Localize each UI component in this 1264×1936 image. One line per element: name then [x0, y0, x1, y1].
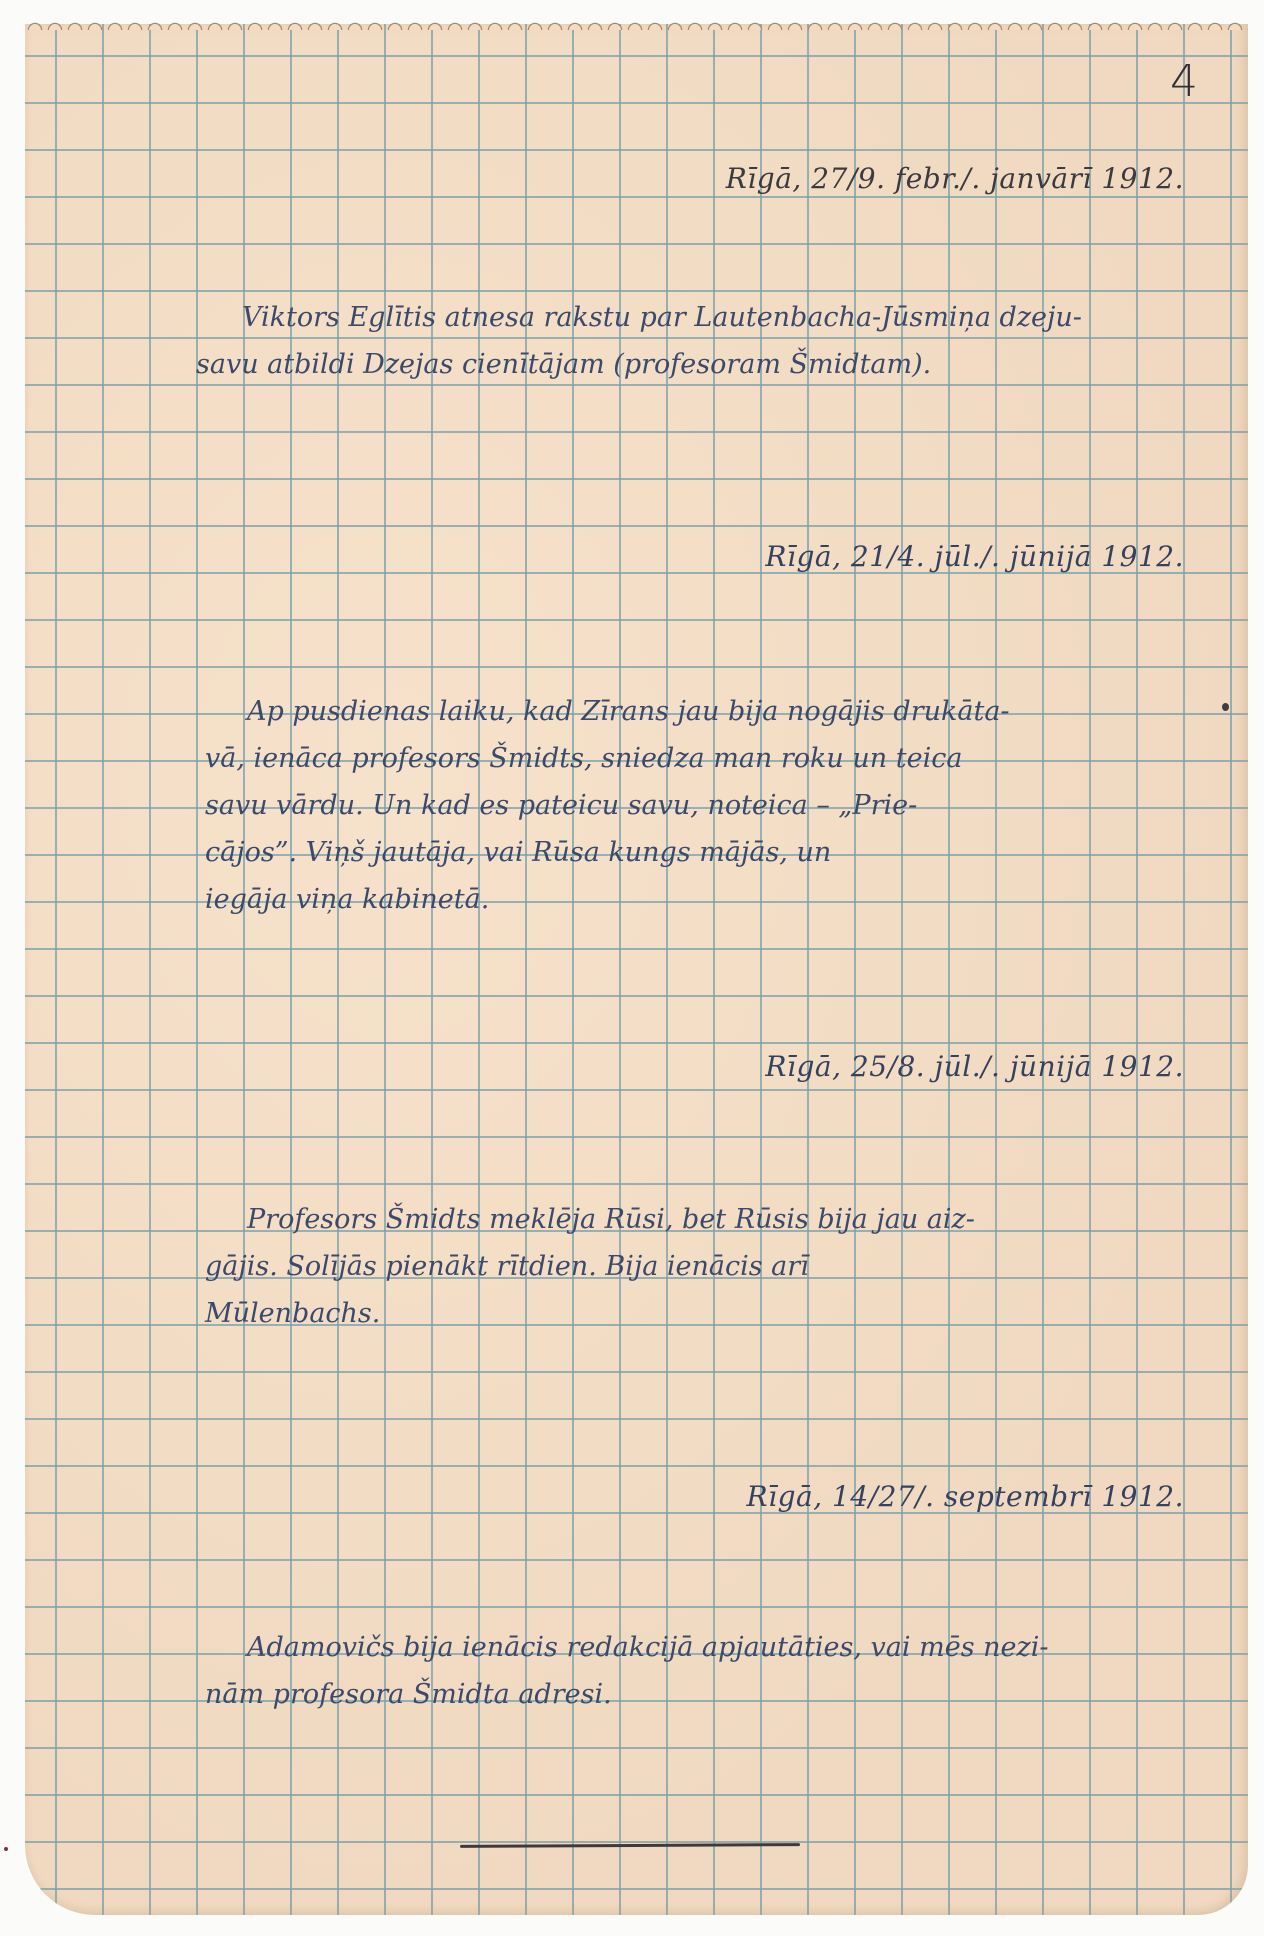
entry-date: Rīgā, 21/4. jūl./. jūnijā 1912.	[765, 540, 1184, 573]
entry-date: Rīgā, 27/9. febr./. janvārī 1912.	[726, 162, 1184, 195]
text-line: savu vārdu. Un kad es pateicu savu, note…	[205, 782, 1195, 829]
text-line: Viktors Eglītis atnesa rakstu par Lauten…	[200, 294, 1190, 341]
ink-blot	[1222, 703, 1229, 711]
text-line: Ap pusdienas laiku, kad Zīrans jau bija …	[205, 688, 1195, 735]
entry-text: Adamovičs bija ienācis redakcijā apjautā…	[205, 1624, 1195, 1718]
text-line: gājis. Solījās pienākt rītdien. Bija ien…	[205, 1243, 1195, 1290]
entry-date: Rīgā, 14/27/. septembrī 1912.	[747, 1480, 1184, 1513]
text-line: Adamovičs bija ienācis redakcijā apjautā…	[205, 1624, 1195, 1671]
text-line: vā, ienāca profesors Šmidts, sniedza man…	[205, 735, 1195, 782]
text-line: Profesors Šmidts meklēja Rūsi, bet Rūsis…	[205, 1196, 1195, 1243]
text-line: iegāja viņa kabinetā.	[205, 876, 1195, 923]
text-line: cājos”. Viņš jautāja, vai Rūsa kungs māj…	[205, 829, 1195, 876]
perforated-top-edge	[25, 16, 1248, 30]
text-line: savu atbildi Dzejas cienītājam (profesor…	[196, 341, 1190, 388]
ink-speck	[4, 1847, 8, 1851]
entry-text: Ap pusdienas laiku, kad Zīrans jau bija …	[205, 688, 1195, 923]
page-number: 4	[1170, 56, 1199, 107]
entry-date: Rīgā, 25/8. jūl./. jūnijā 1912.	[765, 1050, 1184, 1083]
text-line: Mūlenbachs.	[205, 1290, 1195, 1337]
text-line: nām profesora Šmidta adresi.	[205, 1671, 1195, 1718]
entry-text: Profesors Šmidts meklēja Rūsi, bet Rūsis…	[205, 1196, 1195, 1337]
entry-text: Viktors Eglītis atnesa rakstu par Lauten…	[200, 294, 1190, 388]
